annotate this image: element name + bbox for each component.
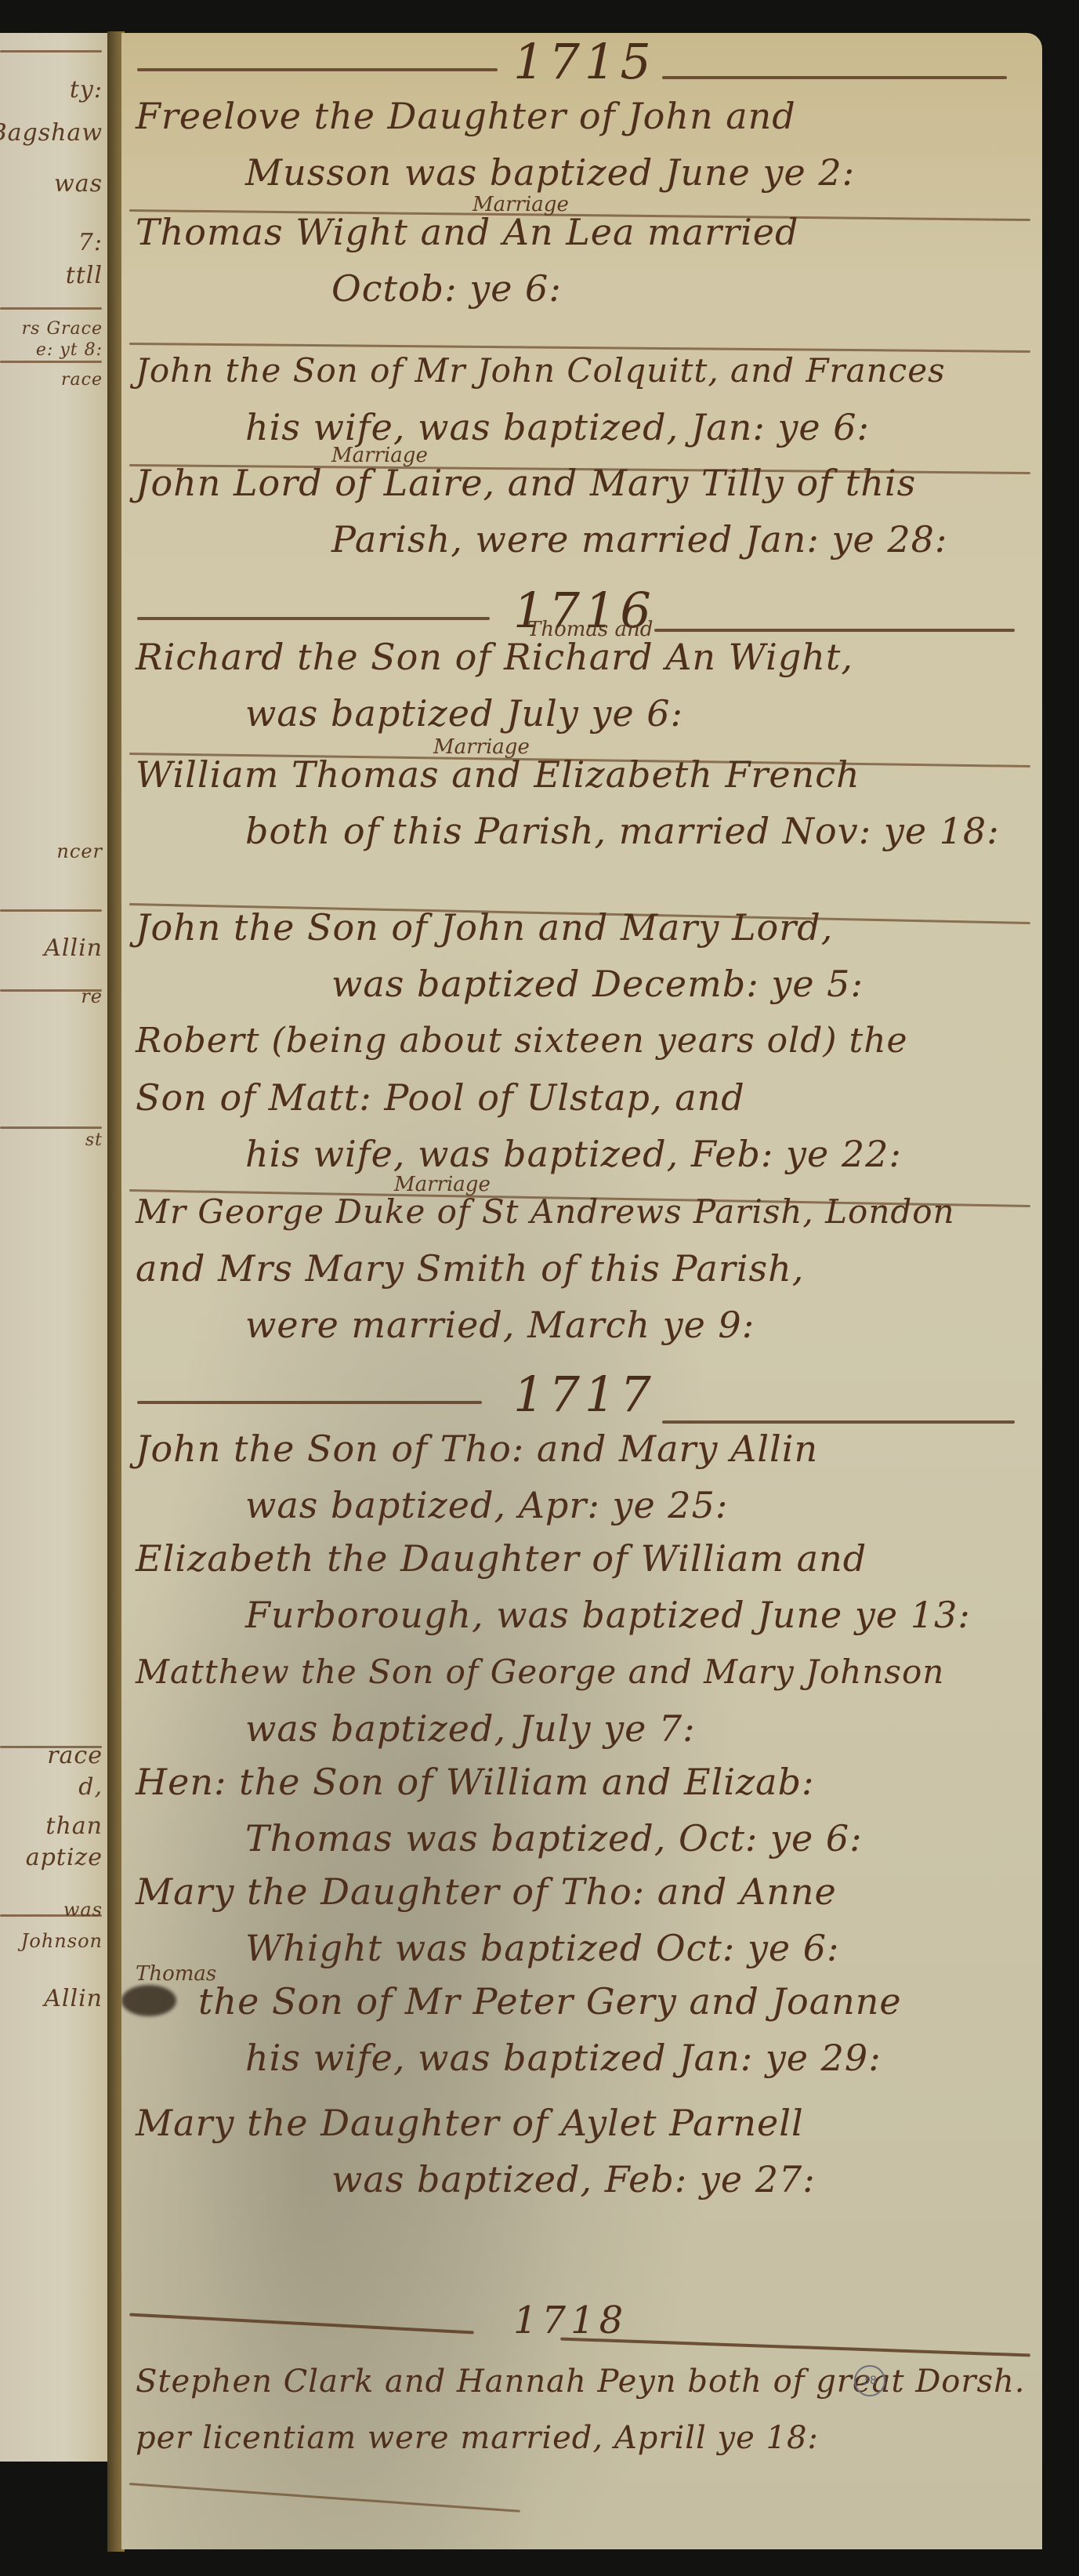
register-entry: Robert (being about sixteen years old) t… [136, 1013, 1030, 1182]
left-fragment: than [45, 1812, 103, 1840]
left-page-fragment: ty: Bagshaw was 7: ttll rs Grace e: yt 8… [0, 33, 107, 2462]
left-fragment: Allin [44, 934, 103, 962]
year-label: 1717 [513, 1366, 656, 1423]
register-page: 1715 Freelove the Daughter of John and M… [121, 33, 1042, 2549]
register-entry: John the Son of Mr John Colquitt, and Fr… [136, 343, 1030, 455]
rule-line [129, 2313, 474, 2334]
register-entry: Elizabeth the Daughter of William and Fu… [136, 1530, 1030, 1643]
left-fragment: d, [78, 1773, 103, 1801]
register-entry: Hen: the Son of William and Elizab: Thom… [136, 1754, 1030, 1867]
year-label: 1718 [513, 2298, 628, 2342]
register-entry: John the Son of John and Mary Lord, was … [136, 899, 1030, 1012]
left-fragment: ty: [70, 76, 103, 103]
register-entry: Thomas and Richard the Son of Richard An… [136, 629, 1030, 742]
archive-stamp: 38 [854, 2365, 885, 2396]
ink-smudge [121, 1985, 176, 2016]
rule-line [0, 909, 102, 912]
left-fragment: race [61, 370, 103, 390]
year-label: 1715 [513, 33, 656, 90]
register-entry: Marriage Thomas Wight and An Lea married… [136, 204, 1030, 317]
register-entry: Marriage William Thomas and Elizabeth Fr… [136, 746, 1030, 859]
left-fragment: Johnson [21, 1930, 103, 1952]
left-fragment: rs Grace [22, 319, 103, 339]
register-entry: John the Son of Tho: and Mary Allin was … [136, 1420, 1030, 1533]
left-fragment: was [54, 170, 103, 198]
register-entry: Marriage Mr George Duke of St Andrews Pa… [136, 1184, 1030, 1353]
rule-line [0, 361, 102, 363]
left-fragment: Bagshaw [0, 119, 103, 147]
left-fragment: ncer [56, 840, 103, 862]
register-entry: Marriage John Lord of Laire, and Mary Ti… [136, 455, 1030, 568]
left-fragment: e: yt 8: [36, 340, 103, 360]
left-fragment: st [85, 1130, 103, 1150]
rule-line [662, 76, 1007, 79]
left-fragment: ttll [66, 262, 103, 289]
register-entry: Mary the Daughter of Tho: and Anne Whigh… [136, 1863, 1030, 1976]
rule-line [0, 1127, 102, 1129]
left-fragment: aptize [26, 1844, 103, 1871]
left-fragment: race [47, 1742, 103, 1769]
register-entry: Mary the Daughter of Aylet Parnell was b… [136, 2095, 1030, 2208]
rule-line [137, 1401, 482, 1404]
rule-line [0, 307, 102, 310]
register-entry: Thomas the Son of Mr Peter Gery and Joan… [136, 1973, 1030, 2086]
left-fragment: was [63, 1899, 103, 1921]
left-fragment: Allin [44, 1985, 103, 2012]
register-entry: Matthew the Son of George and Mary Johns… [136, 1644, 1030, 1757]
register-entry: Stephen Clark and Hannah Peyn both of gr… [136, 2353, 1030, 2466]
left-fragment: 7: [78, 229, 103, 256]
entry-separator [129, 2483, 520, 2513]
rule-line [0, 50, 102, 53]
left-fragment: re [81, 985, 103, 1007]
rule-line [137, 68, 498, 71]
register-entry: Freelove the Daughter of John and Musson… [136, 88, 1030, 201]
